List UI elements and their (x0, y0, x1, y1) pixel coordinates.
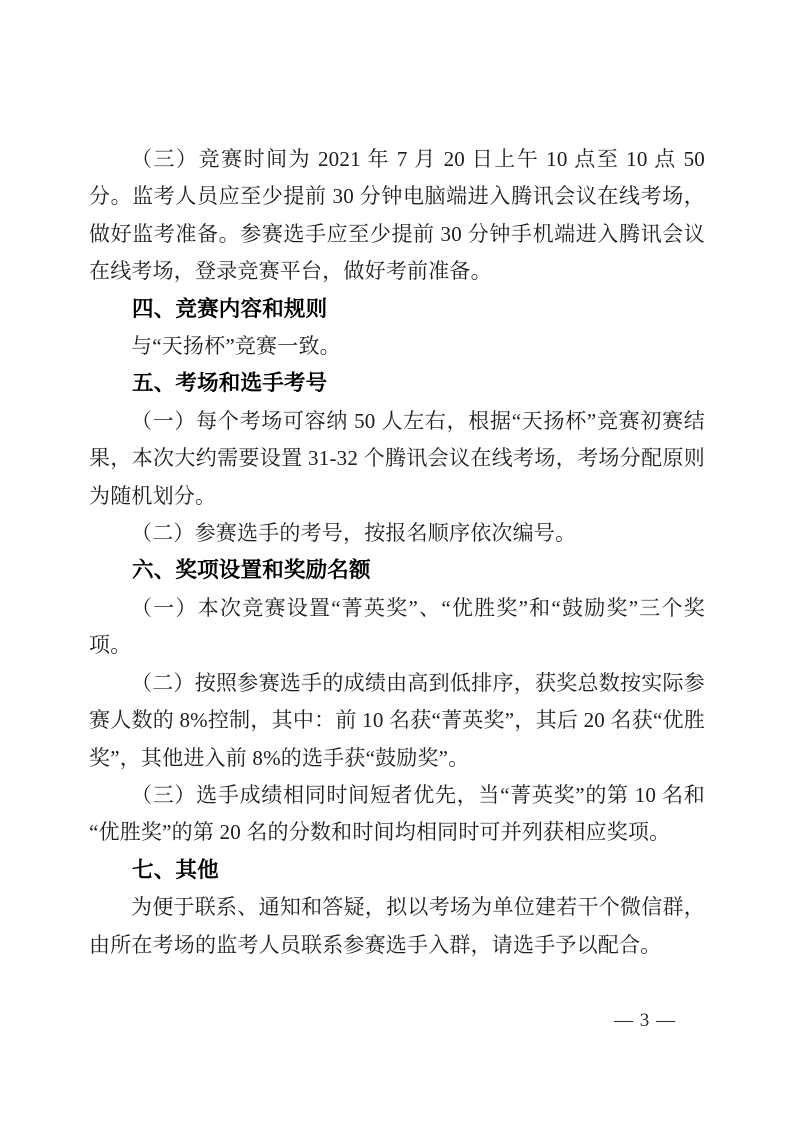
paragraph: （三）选手成绩相同时间短者优先，当“菁英奖”的第 10 名和“优胜奖”的第 20… (89, 777, 705, 852)
section-heading: 七、其他 (89, 852, 705, 889)
paragraph: （二）按照参赛选手的成绩由高到低排序，获奖总数按实际参赛人数的 8%控制，其中：… (89, 665, 705, 777)
document-page: （三）竞赛时间为 2021 年 7 月 20 日上午 10 点至 10 点 50… (0, 0, 794, 1123)
paragraph: （一）每个考场可容纳 50 人左右，根据“天扬杯”竞赛初赛结果，本次大约需要设置… (89, 403, 705, 515)
section-heading: 五、考场和选手考号 (89, 365, 705, 402)
document-content: （三）竞赛时间为 2021 年 7 月 20 日上午 10 点至 10 点 50… (89, 141, 705, 964)
paragraph: 为便于联系、通知和答疑，拟以考场为单位建若干个微信群，由所在考场的监考人员联系参… (89, 889, 705, 964)
page-number: — 3 — (614, 1010, 676, 1032)
paragraph: （二）参赛选手的考号，按报名顺序依次编号。 (89, 515, 705, 552)
paragraph: （一）本次竞赛设置“菁英奖”、“优胜奖”和“鼓励奖”三个奖项。 (89, 590, 705, 665)
paragraph: （三）竞赛时间为 2021 年 7 月 20 日上午 10 点至 10 点 50… (89, 141, 705, 291)
section-heading: 四、竞赛内容和规则 (89, 291, 705, 328)
section-heading: 六、奖项设置和奖励名额 (89, 552, 705, 589)
paragraph: 与“天扬杯”竞赛一致。 (89, 328, 705, 365)
